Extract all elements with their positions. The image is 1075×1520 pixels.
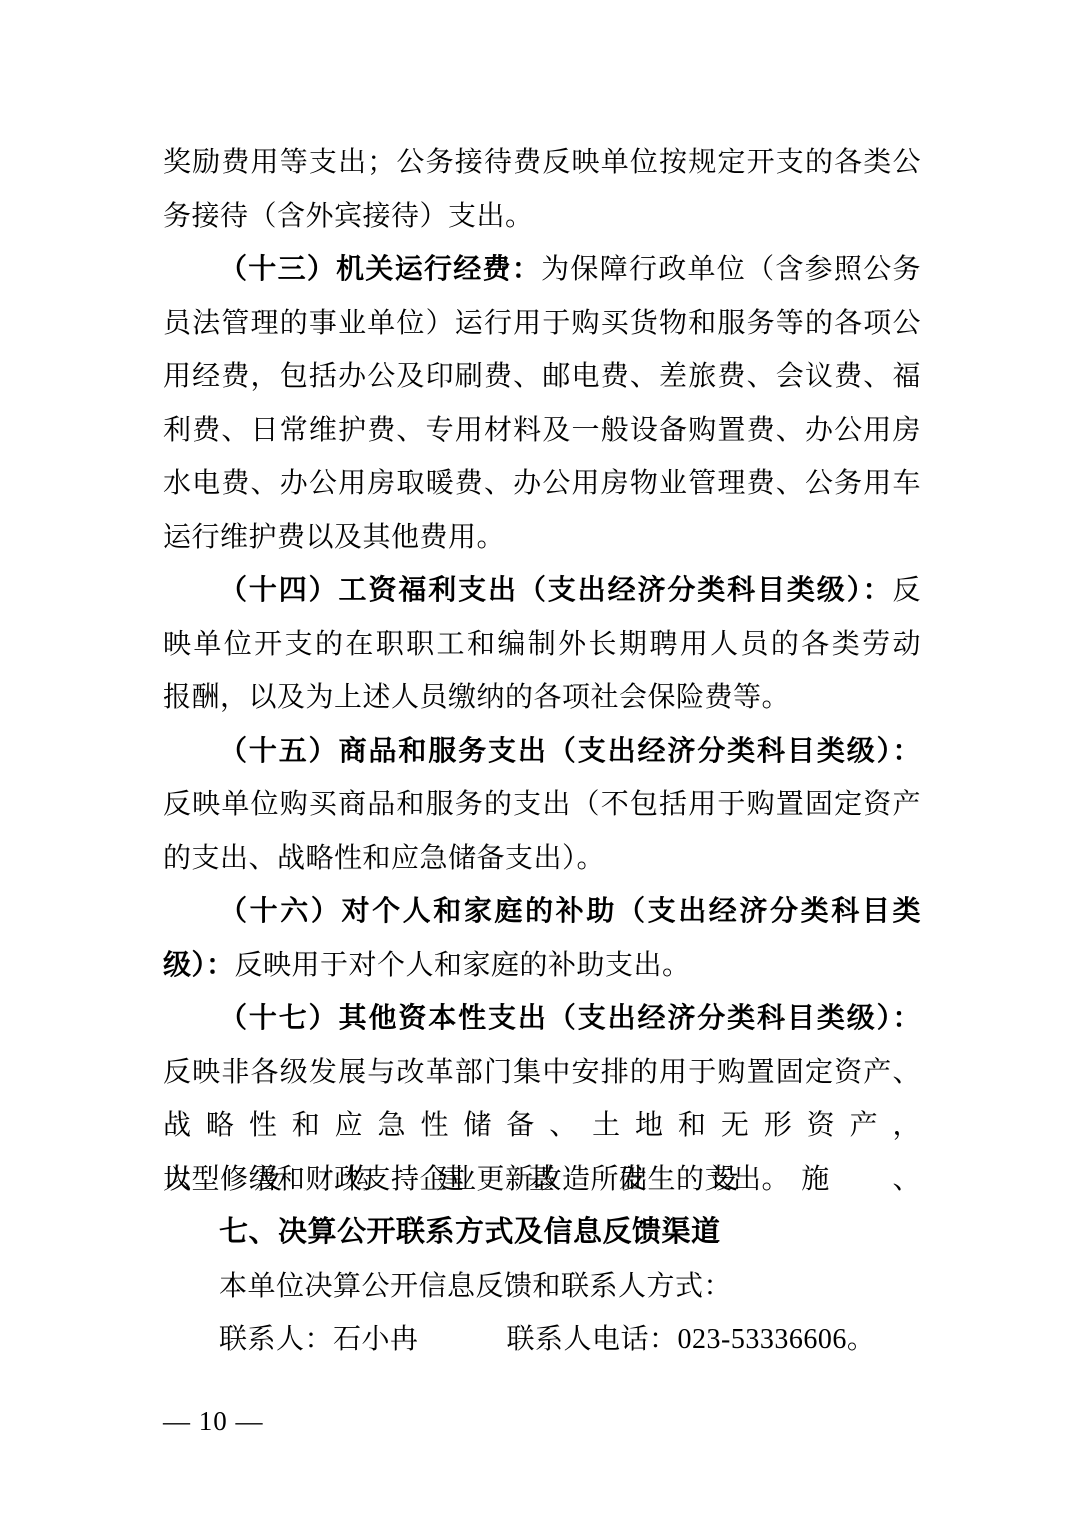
text-run: 联系人电话：023-53336606。 <box>507 1324 876 1355</box>
text-run: 映单位开支的在职职工和编制外长期聘用人员的各类劳动 <box>163 629 921 660</box>
text-run: 利费、日常维护费、专用材料及一般设备购置费、办公用房 <box>163 415 921 446</box>
document-page: 奖励费用等支出；公务接待费反映单位按规定开支的各类公务接待（含外宾接待）支出。（… <box>0 0 1075 1520</box>
text-run: 反映用于对个人和家庭的补助支出。 <box>235 950 691 981</box>
text-run: 级）： <box>163 950 235 981</box>
text-line-16: 级）：反映用于对个人和家庭的补助支出。 <box>163 939 921 993</box>
text-line-19: 战略性和应急性储备、土地和无形资产，以及构建基础设施、 <box>163 1099 921 1153</box>
text-run: 用经费，包括办公及印刷费、邮电费、差旅费、会议费、福 <box>163 361 921 392</box>
text-run: （十六）对个人和家庭的补助（支出经济分类科目类 <box>219 896 921 927</box>
text-run: 报酬，以及为上述人员缴纳的各项社会保险费等。 <box>163 682 790 713</box>
document-body: 奖励费用等支出；公务接待费反映单位按规定开支的各类公务接待（含外宾接待）支出。（… <box>163 136 921 1367</box>
text-run: （十七）其他资本性支出（支出经济分类科目类级）： <box>219 1003 921 1034</box>
text-line-3: （十三）机关运行经费：为保障行政单位（含参照公务 <box>163 243 921 297</box>
section-heading: 七、决算公开联系方式及信息反馈渠道 <box>219 1216 721 1248</box>
text-run: 反映非各级发展与改革部门集中安排的用于购置固定资产、 <box>163 1057 921 1088</box>
text-line-11: 报酬，以及为上述人员缴纳的各项社会保险费等。 <box>163 671 921 725</box>
text-run: 奖励费用等支出；公务接待费反映单位按规定开支的各类公 <box>163 147 921 178</box>
text-line-23: 联系人：石小冉联系人电话：023-53336606。 <box>163 1313 921 1367</box>
text-line-7: 水电费、办公用房取暖费、办公用房物业管理费、公务用车 <box>163 457 921 511</box>
text-run: （十五）商品和服务支出（支出经济分类科目类级）： <box>219 736 921 767</box>
text-run: 为保障行政单位（含参照公务 <box>541 254 921 285</box>
text-line-1: 奖励费用等支出；公务接待费反映单位按规定开支的各类公 <box>163 136 921 190</box>
text-line-2: 务接待（含外宾接待）支出。 <box>163 190 921 244</box>
text-line-21: 七、决算公开联系方式及信息反馈渠道 <box>163 1206 921 1260</box>
text-line-15: （十六）对个人和家庭的补助（支出经济分类科目类 <box>163 885 921 939</box>
text-run: 的支出、战略性和应急储备支出）。 <box>163 843 605 874</box>
text-line-18: 反映非各级发展与改革部门集中安排的用于购置固定资产、 <box>163 1046 921 1100</box>
text-run: 大型修缮和财政支持企业更新改造所发生的支出。 <box>163 1164 790 1195</box>
text-run: 联系人：石小冉 <box>219 1324 419 1355</box>
text-run: 运行维护费以及其他费用。 <box>163 522 505 553</box>
text-line-6: 利费、日常维护费、专用材料及一般设备购置费、办公用房 <box>163 404 921 458</box>
text-line-8: 运行维护费以及其他费用。 <box>163 511 921 565</box>
text-run: 水电费、办公用房取暖费、办公用房物业管理费、公务用车 <box>163 468 921 499</box>
text-line-12: （十五）商品和服务支出（支出经济分类科目类级）： <box>163 725 921 779</box>
text-line-17: （十七）其他资本性支出（支出经济分类科目类级）： <box>163 992 921 1046</box>
text-line-13: 反映单位购买商品和服务的支出（不包括用于购置固定资产 <box>163 778 921 832</box>
text-line-14: 的支出、战略性和应急储备支出）。 <box>163 832 921 886</box>
text-line-5: 用经费，包括办公及印刷费、邮电费、差旅费、会议费、福 <box>163 350 921 404</box>
text-line-9: （十四）工资福利支出（支出经济分类科目类级）：反 <box>163 564 921 618</box>
text-run: （十四）工资福利支出（支出经济分类科目类级）： <box>219 575 892 606</box>
text-run: 务接待（含外宾接待）支出。 <box>163 201 534 232</box>
text-line-22: 本单位决算公开信息反馈和联系人方式： <box>163 1260 921 1314</box>
text-run: 本单位决算公开信息反馈和联系人方式： <box>219 1271 732 1302</box>
text-run: （十三）机关运行经费： <box>219 254 541 285</box>
page-number: — 10 — <box>163 1401 264 1441</box>
text-line-10: 映单位开支的在职职工和编制外长期聘用人员的各类劳动 <box>163 618 921 672</box>
text-run: 反 <box>892 575 921 606</box>
text-line-4: 员法管理的事业单位）运行用于购买货物和服务等的各项公 <box>163 297 921 351</box>
text-run: 员法管理的事业单位）运行用于购买货物和服务等的各项公 <box>163 308 921 339</box>
text-run: 反映单位购买商品和服务的支出（不包括用于购置固定资产 <box>163 789 921 820</box>
